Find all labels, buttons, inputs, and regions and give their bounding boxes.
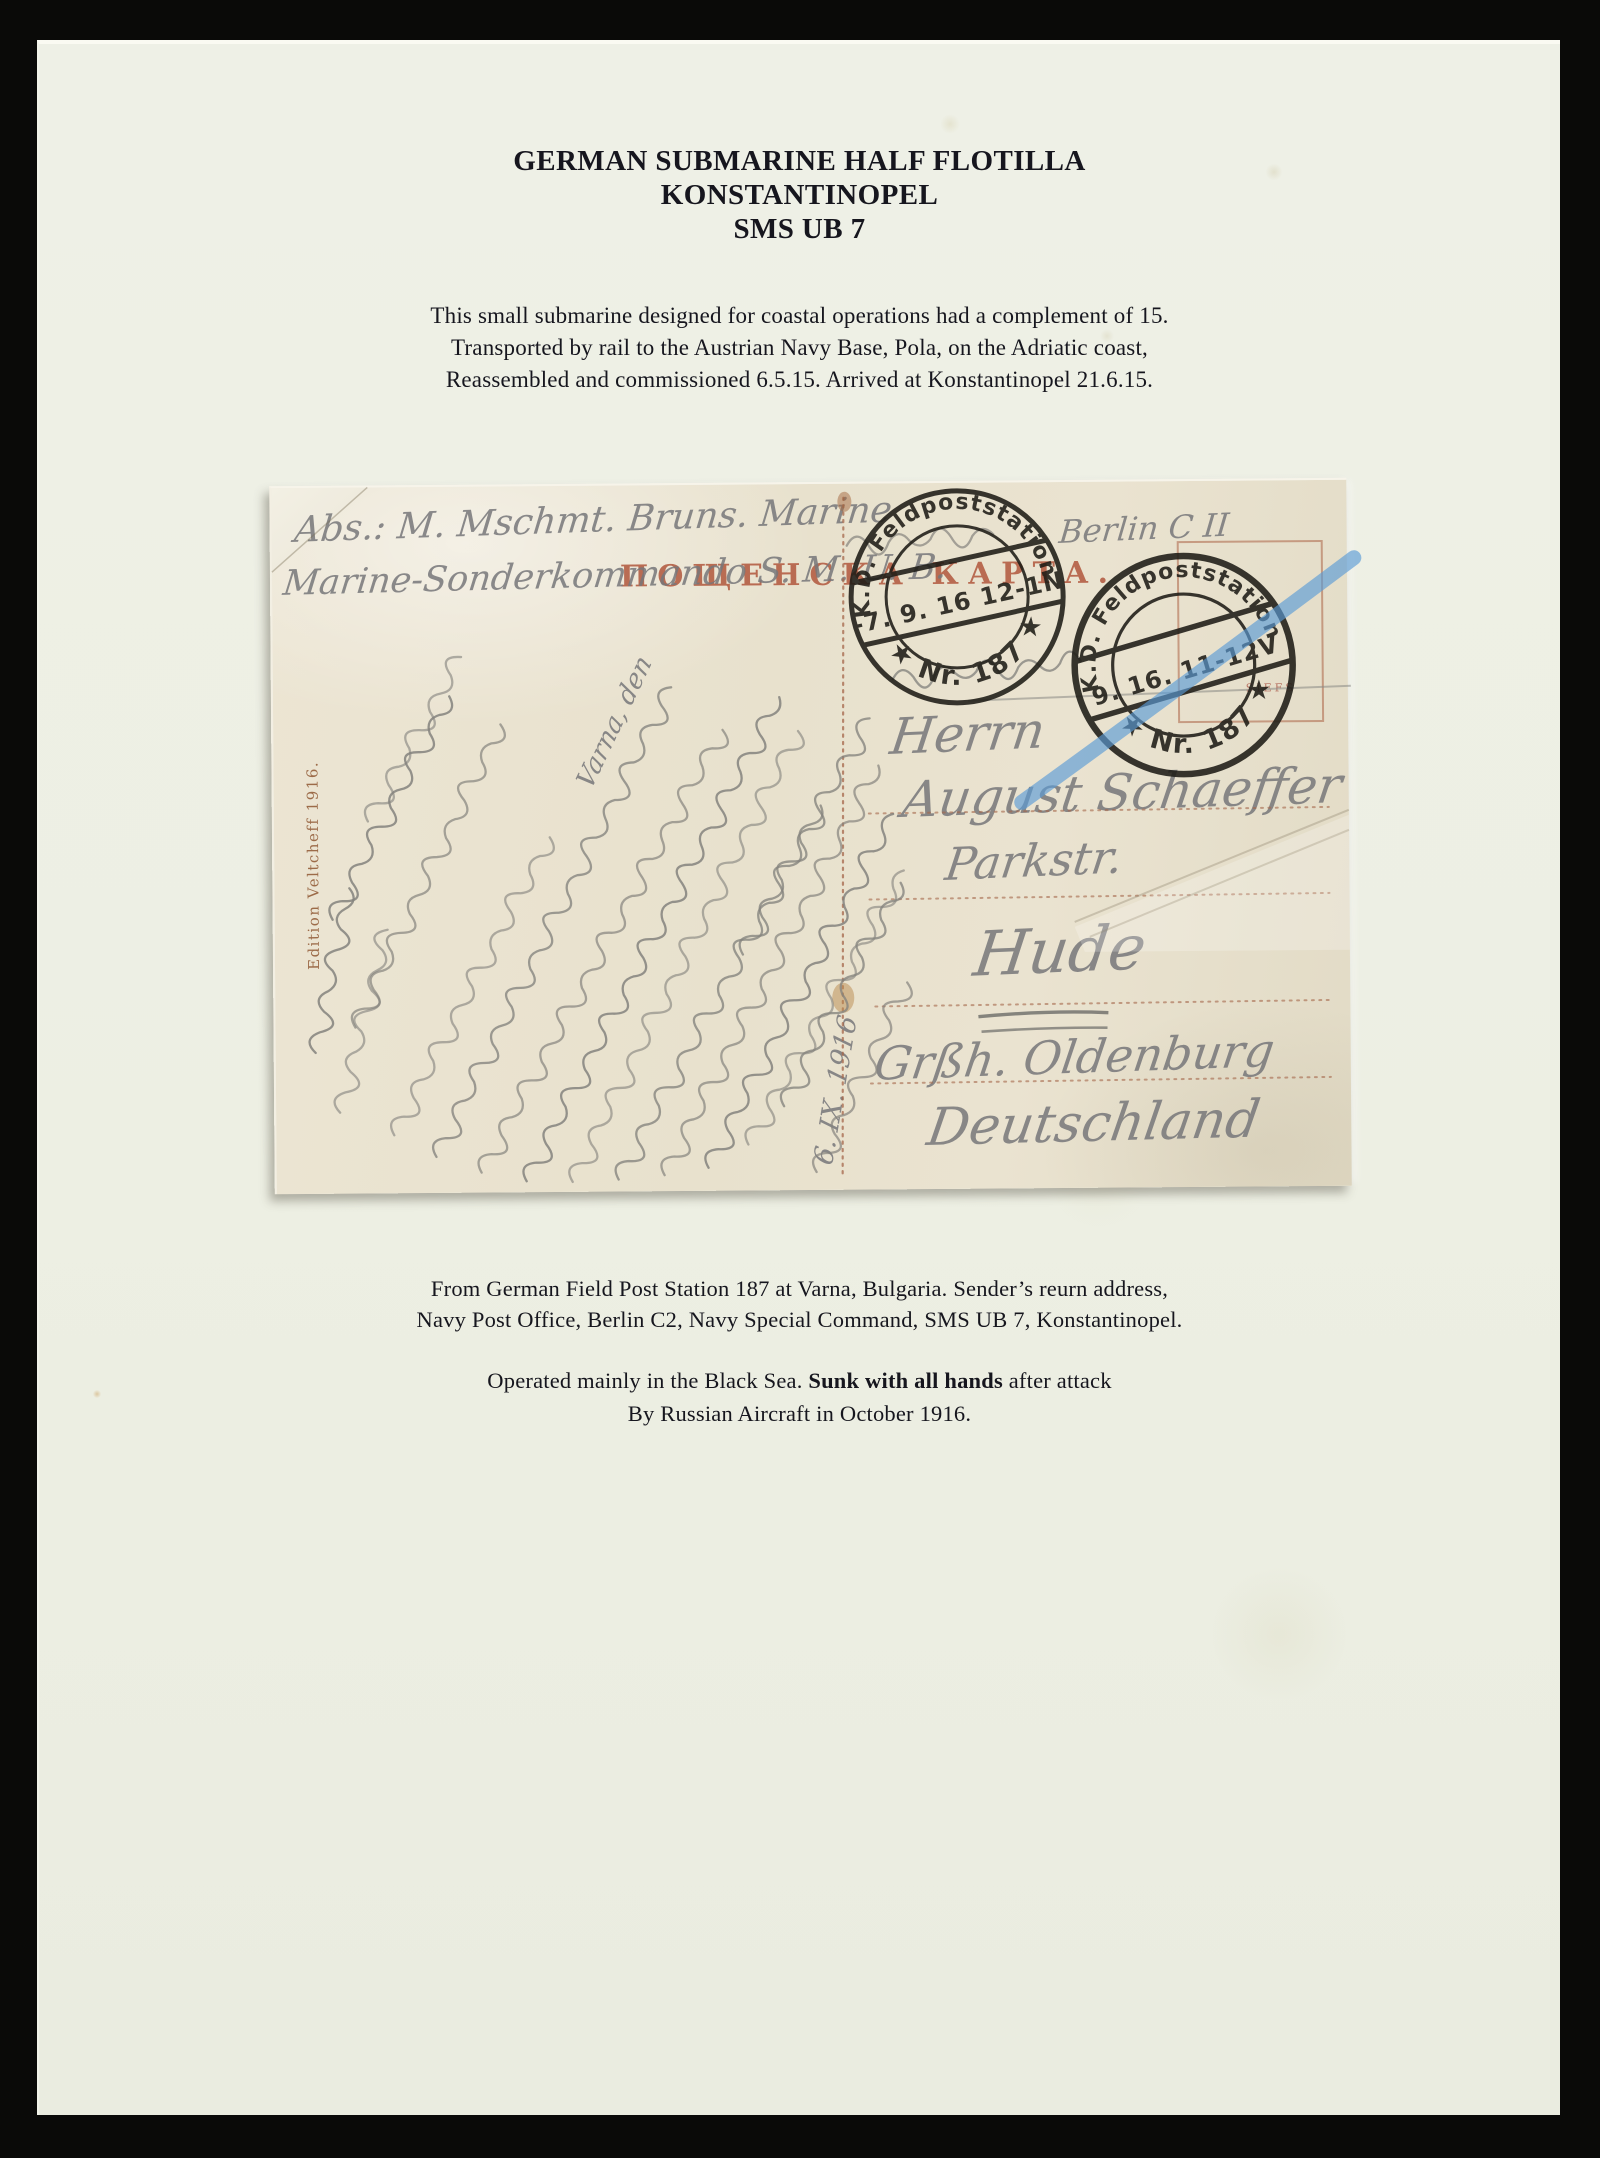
handwriting-message-date: 6. IX. 1916: [809, 1012, 864, 1168]
footnote-line-1: Operated mainly in the Black Sea. Sunk w…: [39, 1364, 1560, 1397]
handwriting-address-name: August Schaeffer: [899, 756, 1346, 829]
caption-line-2: Navy Post Office, Berlin C2, Navy Specia…: [39, 1304, 1560, 1335]
handwriting-address-country: Deutschland: [923, 1090, 1264, 1158]
postmark-1-bottom-text: ★ Nr. 187 ★: [879, 603, 1062, 709]
footnote-line-2: By Russian Aircraft in October 1916.: [39, 1397, 1560, 1430]
handwriting-sender-berlin: Berlin C II: [1057, 506, 1230, 551]
handwriting-sender-line-2: Marine-Sonderkommando S. M. U. B.: [281, 547, 949, 604]
handwriting-address-region: Grßh. Oldenburg: [871, 1023, 1278, 1091]
footnote-bold: Sunk with all hands: [808, 1368, 1003, 1393]
postcard: ПОЩЕНСКА КАРТА. Edition Veltcheff 1916. …: [269, 478, 1352, 1194]
footnote-normal-2: after attack: [1003, 1368, 1112, 1393]
footnote-normal-1: Operated mainly in the Black Sea.: [487, 1368, 808, 1393]
handwriting-sender-line-1: Abs.: M. Mschmt. Bruns. Marine: [292, 490, 894, 551]
postcard-edition-imprint: Edition Veltcheff 1916.: [303, 761, 323, 970]
title-line-3: SMS UB 7: [39, 212, 1560, 246]
intro-line-1: This small submarine designed for coasta…: [39, 300, 1560, 332]
handwriting-address-street: Parkstr.: [942, 830, 1126, 891]
svg-text:★ Nr. 187 ★: ★ Nr. 187 ★: [879, 603, 1062, 709]
stamp-box-text: SIEFS: [1246, 681, 1296, 694]
title-line-2: KONSTANTINOPEL: [39, 178, 1560, 212]
album-scan: { "album_page": { "title_lines": ["GERMA…: [0, 0, 1600, 2158]
intro-line-3: Reassembled and commissioned 6.5.15. Arr…: [39, 364, 1560, 396]
handwriting-address-town: Hude: [970, 910, 1151, 990]
stamp-box: SIEFS: [1177, 540, 1324, 723]
title-line-1: GERMAN SUBMARINE HALF FLOTILLA: [39, 144, 1560, 178]
caption-paragraph: From German Field Post Station 187 at Va…: [39, 1273, 1560, 1335]
handwriting-message-place: Varna, den: [572, 650, 658, 795]
handwriting-address-herrn: Herrn: [887, 701, 1049, 766]
stain-divider-mid: [832, 983, 854, 1013]
intro-paragraph: This small submarine designed for coasta…: [39, 300, 1560, 396]
footnote-paragraph: Operated mainly in the Black Sea. Sunk w…: [39, 1364, 1560, 1430]
caption-line-1: From German Field Post Station 187 at Va…: [39, 1273, 1560, 1304]
intro-line-2: Transported by rail to the Austrian Navy…: [39, 332, 1560, 364]
page-title: GERMAN SUBMARINE HALF FLOTILLA KONSTANTI…: [39, 144, 1560, 246]
album-page: GERMAN SUBMARINE HALF FLOTILLA KONSTANTI…: [37, 40, 1560, 2115]
